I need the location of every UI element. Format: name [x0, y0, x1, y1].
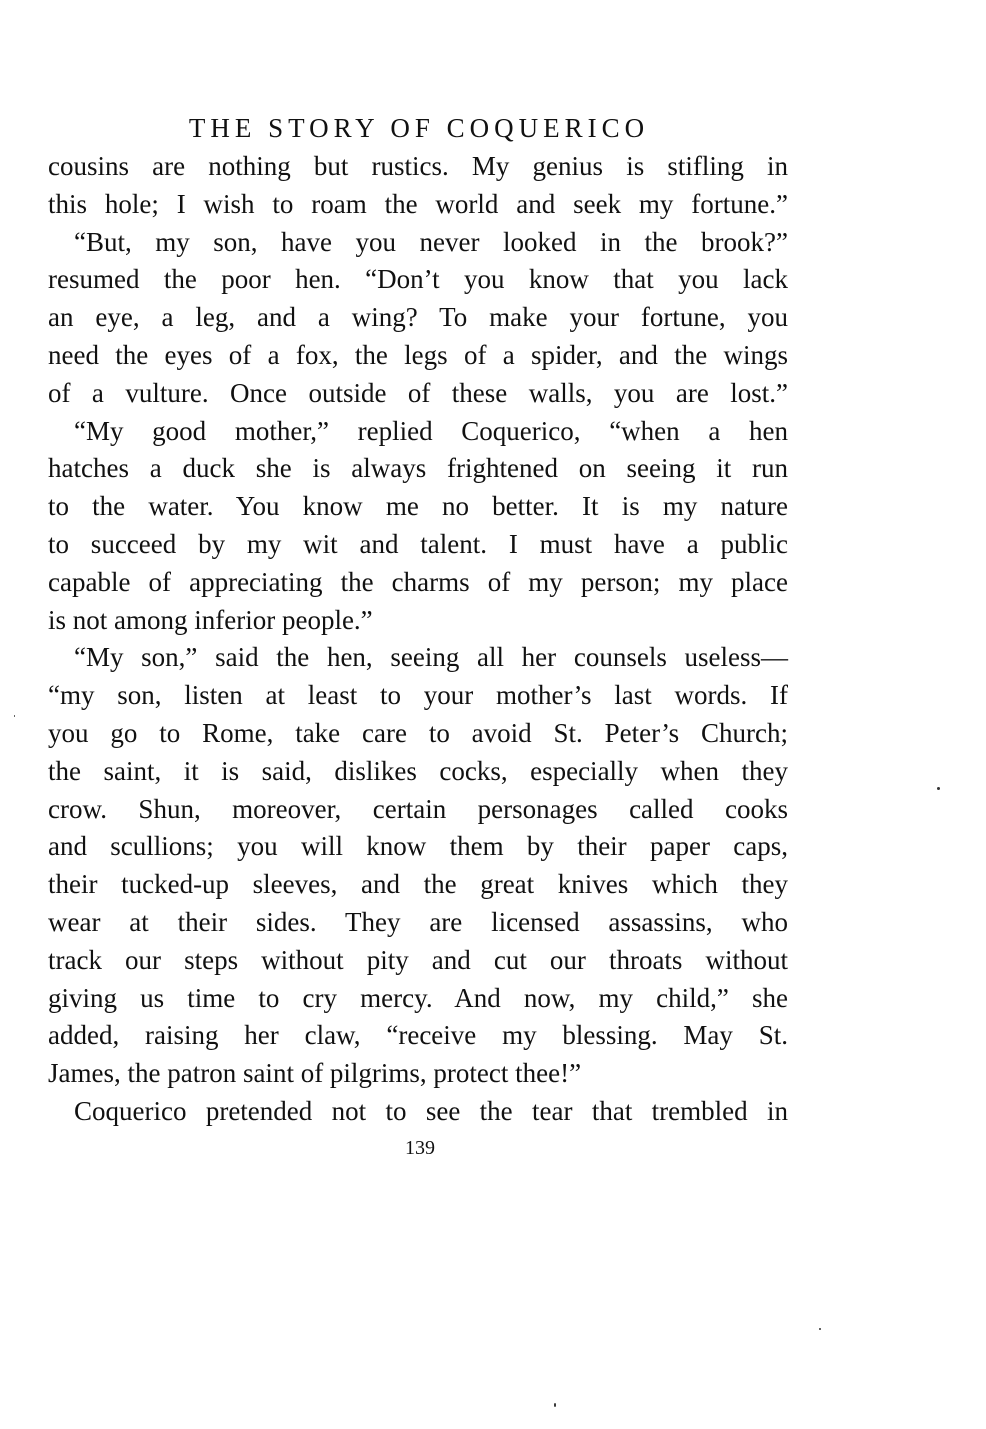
text-line: hatches a duck she is always frightened …	[48, 450, 788, 488]
text-line: added, raising her claw, “receive my ble…	[48, 1017, 788, 1055]
text-line: cousins are nothing but rustics. My geni…	[48, 148, 788, 186]
book-page: THE STORY OF COQUERICO cousins are nothi…	[48, 108, 788, 1163]
scan-speck	[819, 1328, 821, 1330]
text-line: giving us time to cry mercy. And now, my…	[48, 980, 788, 1018]
scan-speck	[554, 1403, 556, 1407]
scan-speck	[14, 715, 15, 717]
scan-speck	[937, 787, 940, 790]
text-line: the saint, it is said, dislikes cocks, e…	[48, 753, 788, 791]
text-line: is not among inferior people.”	[48, 602, 788, 640]
text-line: Coquerico pretended not to see the tear …	[48, 1093, 788, 1131]
paragraph-4: “My son,” said the hen, seeing all her c…	[48, 639, 788, 1093]
text-line: this hole; I wish to roam the world and …	[48, 186, 788, 224]
text-line: crow. Shun, moreover, certain personages…	[48, 791, 788, 829]
page-number: 139	[48, 1133, 788, 1163]
running-head: THE STORY OF COQUERICO	[48, 108, 788, 148]
text-line: their tucked-up sleeves, and the great k…	[48, 866, 788, 904]
text-line: an eye, a leg, and a wing? To make your …	[48, 299, 788, 337]
text-line: “My good mother,” replied Coquerico, “wh…	[48, 413, 788, 451]
paragraph-2: “But, my son, have you never looked in t…	[48, 224, 788, 413]
text-line: need the eyes of a fox, the legs of a sp…	[48, 337, 788, 375]
text-line: and scullions; you will know them by the…	[48, 828, 788, 866]
paragraph-3: “My good mother,” replied Coquerico, “wh…	[48, 413, 788, 640]
text-line: “My son,” said the hen, seeing all her c…	[48, 639, 788, 677]
text-line: wear at their sides. They are licensed a…	[48, 904, 788, 942]
text-line: track our steps without pity and cut our…	[48, 942, 788, 980]
text-line: “my son, listen at least to your mother’…	[48, 677, 788, 715]
paragraph-1: cousins are nothing but rustics. My geni…	[48, 148, 788, 224]
text-line: you go to Rome, take care to avoid St. P…	[48, 715, 788, 753]
paragraph-5: Coquerico pretended not to see the tear …	[48, 1093, 788, 1131]
text-line: “But, my son, have you never looked in t…	[48, 224, 788, 262]
text-line: resumed the poor hen. “Don’t you know th…	[48, 261, 788, 299]
text-line: capable of appreciating the charms of my…	[48, 564, 788, 602]
text-line: James, the patron saint of pilgrims, pro…	[48, 1055, 788, 1093]
text-line: of a vulture. Once outside of these wall…	[48, 375, 788, 413]
text-line: to succeed by my wit and talent. I must …	[48, 526, 788, 564]
text-line: to the water. You know me no better. It …	[48, 488, 788, 526]
